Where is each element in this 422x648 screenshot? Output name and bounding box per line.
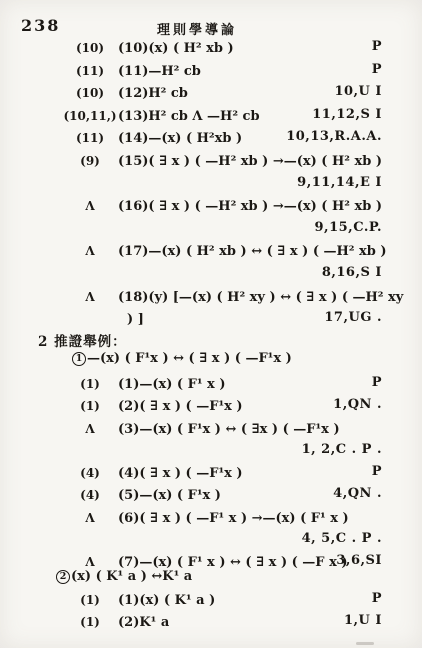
derivation-row: (1)(1)(x) ( K¹ a )P (0, 588, 422, 610)
derivation-proof-example-1: (1)(1)—(x) ( F¹ x )P (1)(2)( ∃ x ) ( —F¹… (0, 372, 422, 573)
premise-set-label: (1) (62, 590, 118, 612)
derivation-row: (10)(10)(x) ( H² xb )P (0, 36, 422, 59)
formula-text: (14)—(x) ( H²xb ) (118, 131, 242, 146)
premise-set-label: Λ (62, 418, 118, 440)
derivation-proof-1: (10)(10)(x) ( H² xb )P (11)(11)—H² cbP (… (0, 36, 422, 330)
justification-text: 9,15,C.P. (315, 217, 382, 240)
derivation-proof-example-2: (1)(1)(x) ( K¹ a )P (1)(2)K¹ a1,U I (0, 588, 422, 631)
example-2-formula: (x) ( K¹ a ) ↔K¹ a (71, 569, 192, 584)
derivation-row: (1)(1)—(x) ( F¹ x )P (0, 372, 422, 394)
premise-set-label: Λ (62, 195, 118, 218)
derivation-row: (11)(14)—(x) ( H²xb )10,13,R.A.A. (0, 126, 422, 149)
premise-set-label: (10,11,) (62, 105, 118, 128)
example-2-header: 2(x) ( K¹ a ) ↔K¹ a (56, 569, 192, 584)
formula-text: (1)(x) ( K¹ a ) (118, 593, 215, 608)
formula-text: (18)(y) [—(x) ( H² xy ) ↔ ( ∃ x ) ( —H² … (118, 290, 403, 305)
formula-text: (12)H² cb (118, 86, 188, 101)
premise-set-label: (1) (62, 395, 118, 417)
justification-text: P (372, 36, 382, 59)
justification-text: 1,U I (344, 610, 382, 632)
scan-smudge (356, 642, 374, 645)
justification-text: P (372, 461, 382, 483)
derivation-row: Λ(17)—(x) ( H² xb ) ↔ ( ∃ x ) ( —H² xb ) (0, 239, 422, 262)
justification-continuation-row: 1, 2,C . P . (0, 439, 422, 461)
formula-text: (15)( ∃ x ) ( —H² xb ) →—(x) ( H² xb ) (118, 154, 382, 169)
justification-text: 10,U I (334, 81, 382, 104)
premise-set-label: Λ (62, 286, 118, 309)
formula-text: (2)( ∃ x ) ( —F¹x ) (118, 399, 243, 414)
premise-set-label: (4) (62, 462, 118, 484)
derivation-row: (1)(2)K¹ a1,U I (0, 610, 422, 632)
premise-set-label: (10) (62, 37, 118, 60)
derivation-row: Λ(6)( ∃ x ) ( —F¹ x ) →—(x) ( F¹ x ) (0, 506, 422, 528)
premise-set-label: (1) (62, 373, 118, 395)
justification-continuation-row: 9,15,C.P. (0, 217, 422, 240)
formula-text: (3)—(x) ( F¹x ) ↔ ( ∃x ) ( —F¹x ) (118, 422, 340, 437)
derivation-row: (1)(2)( ∃ x ) ( —F¹x )1,QN . (0, 394, 422, 416)
justification-text: P (372, 588, 382, 610)
premise-set-label: Λ (62, 240, 118, 263)
justification-text: 10,13,R.A.A. (286, 126, 382, 149)
premise-set-label: Λ (62, 507, 118, 529)
premise-set-label: (11) (62, 60, 118, 83)
example-1-header: 1—(x) ( F¹x ) ↔ ( ∃ x ) ( —F¹x ) (72, 351, 292, 366)
premise-set-label: (11) (62, 127, 118, 150)
justification-continuation-row: 4, 5,C . P . (0, 528, 422, 550)
justification-text: P (372, 372, 382, 394)
formula-text: (13)H² cb Λ —H² cb (118, 109, 260, 124)
justification-text: P (372, 59, 382, 82)
premise-set-label: (1) (62, 612, 118, 634)
justification-text: 3,6,SI (336, 550, 382, 572)
derivation-row: Λ(3)—(x) ( F¹x ) ↔ ( ∃x ) ( —F¹x ) (0, 417, 422, 439)
justification-text: 1, 2,C . P . (302, 439, 382, 461)
justification-text: 17,UG . (324, 307, 382, 330)
premise-set-label: (9) (62, 150, 118, 173)
section-heading: 2 推證舉例： (38, 330, 127, 350)
justification-text: 4,QN . (333, 483, 382, 505)
derivation-row: (10,11,)(13)H² cb Λ —H² cb11,12,S I (0, 104, 422, 127)
formula-text: (16)( ∃ x ) ( —H² xb ) →—(x) ( H² xb ) (118, 199, 382, 214)
justification-text: 4, 5,C . P . (302, 528, 382, 550)
derivation-row: (4)(5)—(x) ( F¹x )4,QN . (0, 483, 422, 505)
scanned-book-page: 238 理則學導論 (10)(10)(x) ( H² xb )P (11)(11… (0, 0, 422, 648)
formula-text: (1)—(x) ( F¹ x ) (118, 377, 225, 392)
formula-text: (10)(x) ( H² xb ) (118, 41, 234, 56)
formula-text: (2)K¹ a (118, 615, 169, 630)
premise-set-label: (4) (62, 484, 118, 506)
formula-text: ) ] (118, 312, 144, 327)
formula-text: (5)—(x) ( F¹x ) (118, 488, 221, 503)
derivation-row: (10)(12)H² cb10,U I (0, 81, 422, 104)
justification-text: 8,16,S I (322, 262, 382, 285)
derivation-row: (11)(11)—H² cbP (0, 59, 422, 82)
justification-continuation-row: 8,16,S I (0, 262, 422, 285)
formula-text: (4)( ∃ x ) ( —F¹x ) (118, 466, 243, 481)
derivation-row: (4)(4)( ∃ x ) ( —F¹x )P (0, 461, 422, 483)
derivation-row: (9)(15)( ∃ x ) ( —H² xb ) →—(x) ( H² xb … (0, 149, 422, 172)
formula-continuation-row: ) ]17,UG . (0, 307, 422, 330)
justification-text: 11,12,S I (312, 104, 382, 127)
formula-text: (17)—(x) ( H² xb ) ↔ ( ∃ x ) ( —H² xb ) (118, 244, 387, 259)
formula-text: (6)( ∃ x ) ( —F¹ x ) →—(x) ( F¹ x ) (118, 511, 349, 526)
circled-1-marker: 1 (72, 352, 86, 366)
derivation-row: Λ(18)(y) [—(x) ( H² xy ) ↔ ( ∃ x ) ( —H²… (0, 285, 422, 308)
circled-2-marker: 2 (56, 570, 70, 584)
formula-text: (11)—H² cb (118, 64, 201, 79)
justification-text: 9,11,14,E I (297, 172, 382, 195)
justification-text: 1,QN . (333, 394, 382, 416)
derivation-row: Λ(16)( ∃ x ) ( —H² xb ) →—(x) ( H² xb ) (0, 194, 422, 217)
premise-set-label: (10) (62, 82, 118, 105)
example-1-formula: —(x) ( F¹x ) ↔ ( ∃ x ) ( —F¹x ) (87, 351, 292, 366)
justification-continuation-row: 9,11,14,E I (0, 172, 422, 195)
